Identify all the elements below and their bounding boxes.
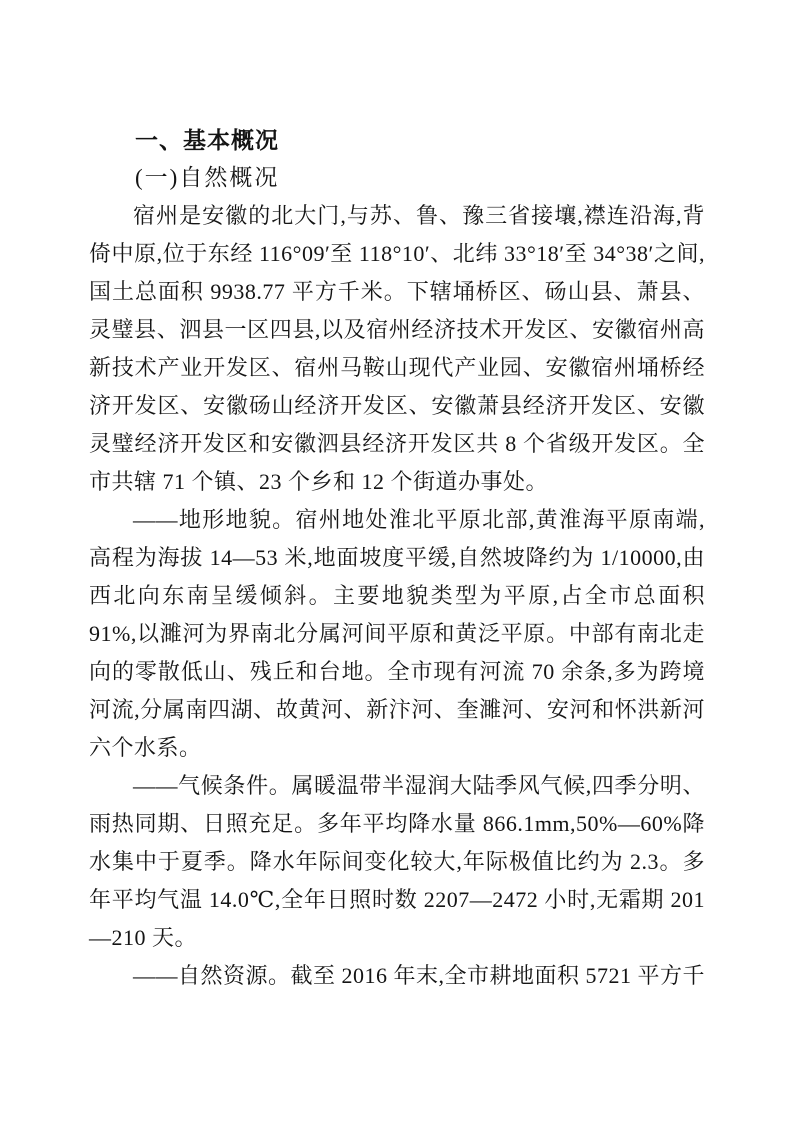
section-heading: 一、基本概况 [89,121,705,159]
paragraph-terrain: ——地形地貌。宿州地处淮北平原北部,黄淮海平原南端,高程为海拔 14—53 米,… [89,501,705,767]
document-page: 一、基本概况 (一)自然概况 宿州是安徽的北大门,与苏、鲁、豫三省接壤,襟连沿海… [0,0,793,1122]
document-content: 一、基本概况 (一)自然概况 宿州是安徽的北大门,与苏、鲁、豫三省接壤,襟连沿海… [89,121,705,995]
paragraph-overview: 宿州是安徽的北大门,与苏、鲁、豫三省接壤,襟连沿海,背倚中原,位于东经 116°… [89,197,705,501]
subsection-heading: (一)自然概况 [89,159,705,197]
paragraph-climate: ——气候条件。属暖温带半湿润大陆季风气候,四季分明、雨热同期、日照充足。多年平均… [89,767,705,957]
paragraph-natural-resources: ——自然资源。截至 2016 年末,全市耕地面积 5721 平方千 [89,957,705,995]
